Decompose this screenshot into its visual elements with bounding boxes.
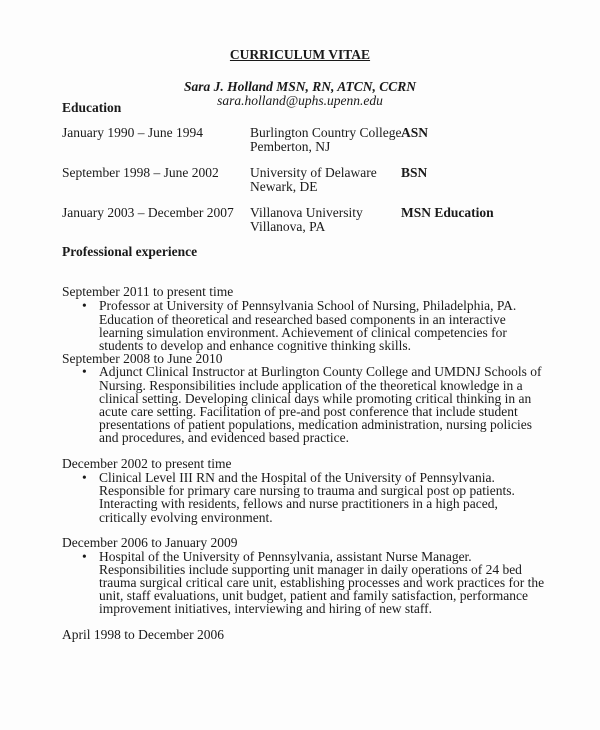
experience-text-line: Adjunct Clinical Instructor at Burlingto… xyxy=(99,364,541,379)
education-school: University of Delaware xyxy=(250,165,377,180)
document-title: CURRICULUM VITAE xyxy=(0,47,600,62)
experience-period: April 1998 to December 2006 xyxy=(62,627,224,642)
experience-text-line: Professor at University of Pennsylvania … xyxy=(99,298,516,313)
education-school: Villanova University xyxy=(250,205,363,220)
experience-heading: Professional experience xyxy=(62,244,197,259)
experience-period: December 2002 to present time xyxy=(62,456,231,471)
bullet-icon: • xyxy=(82,470,87,485)
bullet-icon: • xyxy=(82,549,87,564)
experience-text-line: and procedures, and evidenced based prac… xyxy=(99,430,349,445)
bullet-icon: • xyxy=(82,364,87,379)
education-degree: MSN Education xyxy=(401,205,494,220)
education-degree: BSN xyxy=(401,165,427,180)
bullet-icon: • xyxy=(82,298,87,313)
education-location: Pemberton, NJ xyxy=(250,139,330,154)
experience-period: September 2011 to present time xyxy=(62,284,233,299)
education-location: Villanova, PA xyxy=(250,219,325,234)
cv-page: CURRICULUM VITAE Sara J. Holland MSN, RN… xyxy=(0,0,600,730)
education-dates: September 1998 – June 2002 xyxy=(62,165,219,180)
experience-period: December 2006 to January 2009 xyxy=(62,535,237,550)
education-location: Newark, DE xyxy=(250,179,317,194)
education-school: Burlington Country College xyxy=(250,125,402,140)
education-heading: Education xyxy=(62,100,121,115)
education-dates: January 2003 – December 2007 xyxy=(62,205,234,220)
education-dates: January 1990 – June 1994 xyxy=(62,125,203,140)
education-degree: ASN xyxy=(401,125,428,140)
candidate-name: Sara J. Holland MSN, RN, ATCN, CCRN xyxy=(0,79,600,94)
experience-text-line: Interacting with residents, fellows and … xyxy=(99,496,498,511)
experience-text-line: critically evolving environment. xyxy=(99,510,273,525)
experience-text-line: improvement initiatives, interviewing an… xyxy=(99,601,432,616)
